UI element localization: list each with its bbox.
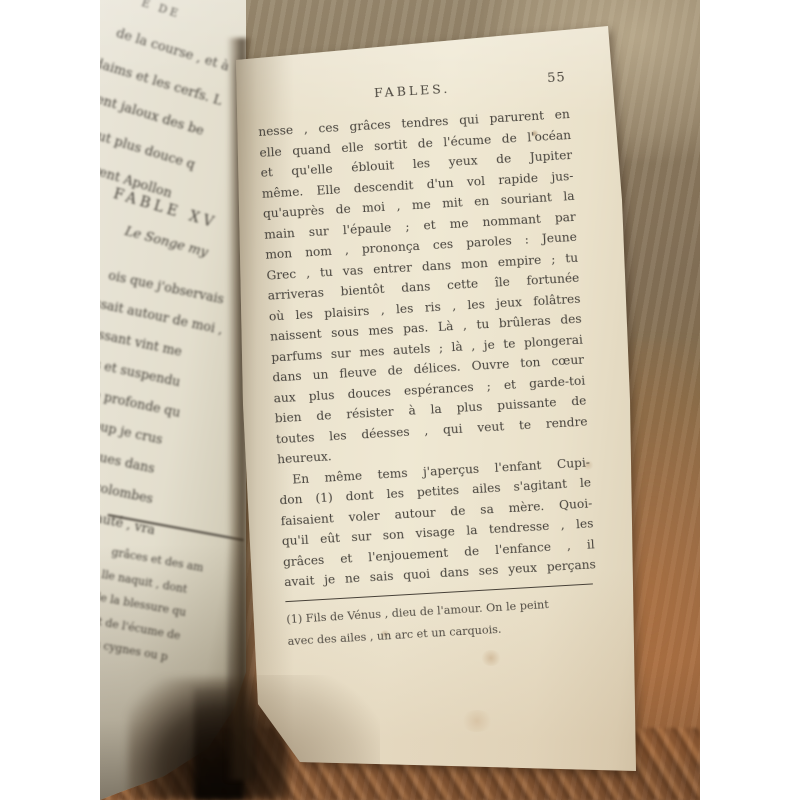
page-number: 55 (547, 70, 566, 86)
foxing-stain (460, 710, 494, 732)
book-photo: E DE de la course , et à daims et les ce… (0, 0, 800, 800)
photo-area: E DE de la course , et à daims et les ce… (100, 0, 700, 800)
footnote: (1) Fils de Vénus , dieu de l'amour. On … (286, 591, 600, 653)
right-page-body: nesse , ces grâces tendres qui parurent … (258, 104, 597, 593)
photo-margin-left (0, 0, 100, 800)
right-page: FABLES. 55 nesse , ces grâces tendres qu… (230, 10, 650, 785)
foxing-stain (480, 650, 502, 666)
right-page-wrap: FABLES. 55 nesse , ces grâces tendres qu… (100, 0, 700, 800)
right-page-content: FABLES. 55 nesse , ces grâces tendres qu… (256, 74, 600, 653)
running-title-text: FABLES. (374, 81, 451, 100)
photo-margin-right (700, 0, 800, 800)
